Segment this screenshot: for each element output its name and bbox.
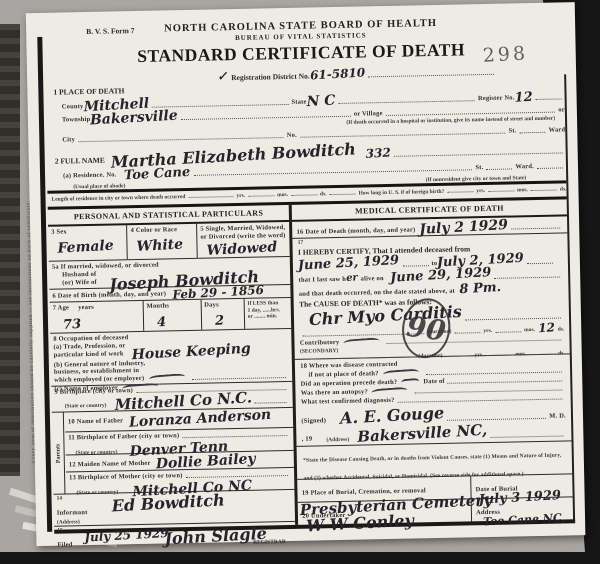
death-certificate: Every item of information should be care… — [26, 2, 586, 546]
days-label: Days — [204, 301, 240, 310]
less-than-day-cell: If LESS than 1 day, ......hrs. or ......… — [244, 298, 291, 329]
stamp-number: 298 — [482, 42, 528, 66]
informant-value: Ed Bowditch — [111, 492, 225, 514]
certificate-frame: 1 PLACE OF DEATH County Mitchell State N… — [45, 74, 575, 533]
age-days-value: 2 — [214, 314, 241, 328]
dotted-line — [402, 263, 428, 267]
sex-label: 3 Sex — [51, 227, 124, 236]
age-days-cell: Days 2 — [201, 299, 245, 330]
dotted-line — [248, 193, 274, 197]
ds-label: ds. — [320, 192, 327, 198]
parents-section: Parents 10 Name of Father Loranza Anders… — [52, 408, 295, 495]
dotted-line — [490, 433, 563, 437]
duration-days-value: 12 — [538, 321, 555, 334]
no-label: No. — [287, 132, 297, 140]
scribble-line — [401, 378, 419, 386]
dotted-line — [291, 192, 317, 196]
occupation-row: 8 Occupation of deceased (a) Trade, Prof… — [50, 329, 292, 387]
medical-column: 16 Date of Death (month, day, and year) … — [292, 216, 573, 524]
dotted-line — [536, 96, 562, 100]
contributory-label: Contributory — [300, 339, 340, 348]
md-label: M. D. — [549, 413, 566, 421]
not-at-place-label: if not at place of death? — [308, 371, 378, 380]
dotted-line — [511, 226, 560, 230]
sex-cell: 3 Sex Female — [48, 225, 128, 261]
left-margin-strip — [0, 24, 20, 476]
dotted-line — [529, 352, 555, 356]
ds-label: ds. — [560, 187, 567, 193]
industry-line: (b) General nature of industry,business,… — [54, 357, 290, 385]
length-label: Length of residence in city or town wher… — [51, 194, 185, 203]
dotted-line — [447, 189, 473, 193]
us-length-label: How long in U. S. if of foreign birth? — [359, 189, 445, 197]
or-label: or — [558, 107, 565, 115]
statistical-column: 3 Sex Female 4 Color or Race White 5 Sin… — [48, 222, 298, 530]
birthplace-sub-label: (State or country) — [65, 402, 107, 409]
dotted-line — [182, 433, 287, 438]
informant-row: 14 Informant Ed Bowditch (Address) — [53, 490, 295, 527]
age-years-cell: 7 Age years 73 — [50, 301, 144, 333]
race-label: 4 Color or Race — [131, 226, 194, 235]
dotted-line — [495, 329, 521, 333]
scribble-line — [343, 337, 379, 347]
months-label: Months — [147, 302, 198, 311]
dotted-line — [494, 274, 560, 278]
dotted-line — [188, 194, 233, 198]
mother-bp-label: 13 Birthplace of Mother (city or town) — [69, 472, 183, 482]
mother-label: 12 Maiden Name of Mother — [69, 460, 151, 469]
dotted-line — [537, 165, 563, 169]
marital-cell: 5 Single, Married, Widowed, or Divorced … — [197, 222, 290, 258]
dod-label: 16 Date of Death (month, day, and year) — [297, 226, 416, 236]
father-bp-label: 11 Birthplace of Father (city or town) — [68, 432, 179, 442]
year-19-label: , 19 — [302, 436, 313, 444]
physician-address-value: Bakersville NC, — [357, 423, 488, 445]
dotted-line — [527, 260, 553, 264]
dotted-line — [330, 192, 356, 196]
alive-on-label: alive on — [361, 275, 384, 283]
dotted-line — [446, 354, 472, 358]
signed-label: (Signed) — [301, 417, 326, 425]
autopsy-label: Was there an autopsy? — [301, 389, 368, 398]
yrs-label: yrs. — [236, 193, 245, 199]
age-label: 7 Age years — [53, 303, 140, 313]
stray-number: 332 — [366, 146, 392, 159]
mos-label: mos. — [515, 351, 526, 358]
sex-race-marital-row: 3 Sex Female 4 Color or Race White 5 Sin… — [48, 222, 290, 262]
dotted-line — [486, 353, 512, 357]
ds-label: ds. — [558, 350, 565, 356]
yrs-label: yrs. — [483, 328, 492, 334]
industry-label: (b) General nature of industry,business,… — [54, 359, 146, 384]
dotted-line — [255, 400, 287, 404]
last-saw-label: that I last saw h — [298, 276, 346, 285]
scribble-line — [382, 369, 418, 379]
yrs-label: yrs. — [475, 352, 484, 358]
trade-label: (a) Trade, Profession, orparticular kind… — [53, 342, 125, 359]
race-value: White — [137, 237, 194, 254]
age-months-value: 4 — [157, 314, 198, 329]
dotted-line — [415, 388, 563, 394]
years-label: years — [78, 304, 94, 311]
scanned-document: Every item of information should be care… — [0, 0, 600, 564]
mos-label: mos. — [277, 192, 288, 199]
address-label: (Address) — [326, 436, 349, 443]
dotted-line — [398, 397, 563, 403]
signed-line: (Signed) A. E. Gouge M. D. — [301, 404, 566, 425]
test-label: What test confirmed diagnosis? — [301, 397, 395, 407]
mos-label: mos. — [517, 188, 528, 195]
spouse-row: 5a If married, widowed, or divorced Husb… — [49, 257, 291, 290]
dotted-line — [448, 379, 563, 384]
mos-label: mos. — [524, 327, 535, 334]
dotted-line — [303, 355, 415, 360]
pronoun-value: er — [346, 273, 358, 284]
dotted-line — [454, 330, 480, 334]
father-value: Loranza Anderson — [129, 408, 272, 430]
st-label: St. — [508, 128, 516, 136]
trade-line: (a) Trade, Profession, orparticular kind… — [53, 339, 289, 359]
parents-strip: Parents — [52, 413, 66, 494]
informant-label: Informant — [57, 509, 88, 517]
medical-heading: MEDICAL CERTIFICATE OF DEATH — [292, 202, 567, 217]
certification-block: 17 I HEREBY CERTIFY, That I attended dec… — [293, 234, 570, 360]
burial-row: 19 Place of Burial, Cremation, or remova… — [298, 473, 573, 502]
residence-st-label: St. — [475, 164, 483, 172]
filed-row: 15 Filed July 25 1929 John Slagle REGIST… — [54, 522, 296, 553]
ds-label: ds. — [558, 327, 565, 333]
dotted-line — [520, 130, 546, 134]
title-block: NORTH CAROLINA STATE BOARD OF HEALTH BUR… — [66, 16, 536, 68]
scribble-line — [149, 373, 185, 383]
father-label: 10 Name of Father — [68, 418, 123, 427]
secondary-label: (SECONDARY) — [300, 348, 338, 355]
dotted-line — [465, 315, 561, 320]
race-cell: 4 Color or Race White — [127, 224, 197, 259]
age-years-value: 73 — [63, 315, 140, 332]
dotted-line — [531, 188, 557, 192]
father-line: 10 Name of Father Loranza Anderson — [65, 408, 294, 429]
filed-label: Filed — [57, 542, 72, 549]
min-label: or ........ min. — [248, 313, 289, 320]
age-row: 7 Age years 73 Months 4 Days 2 If — [50, 298, 292, 334]
operation-date-label: Date of — [423, 378, 445, 386]
age-months-cell: Months 4 — [143, 300, 201, 331]
marital-value: Widowed — [206, 239, 287, 257]
dotted-line — [447, 416, 546, 421]
dotted-line — [186, 473, 289, 478]
question-18-block: 18 Where was disease contracted if not a… — [295, 355, 571, 447]
registrar-signature: John Slagle — [164, 526, 267, 548]
undertaker-value: W W Conley — [306, 513, 414, 535]
death-time-value: 8 Pm. — [459, 281, 501, 296]
two-column-body: 3 Sex Female 4 Color or Race White 5 Sin… — [48, 216, 573, 529]
scribble-line — [372, 387, 408, 397]
parents-label: Parents — [55, 443, 61, 463]
dotted-line — [426, 370, 563, 376]
dotted-line — [193, 375, 287, 380]
yrs-label: yrs. — [476, 188, 485, 194]
filed-date-value: July 25 1929 — [84, 527, 169, 544]
sex-value: Female — [57, 238, 124, 256]
dotted-line — [488, 188, 514, 192]
undertaker-address-value: Toe Cane NC, — [483, 512, 566, 528]
dotted-line — [486, 166, 512, 170]
